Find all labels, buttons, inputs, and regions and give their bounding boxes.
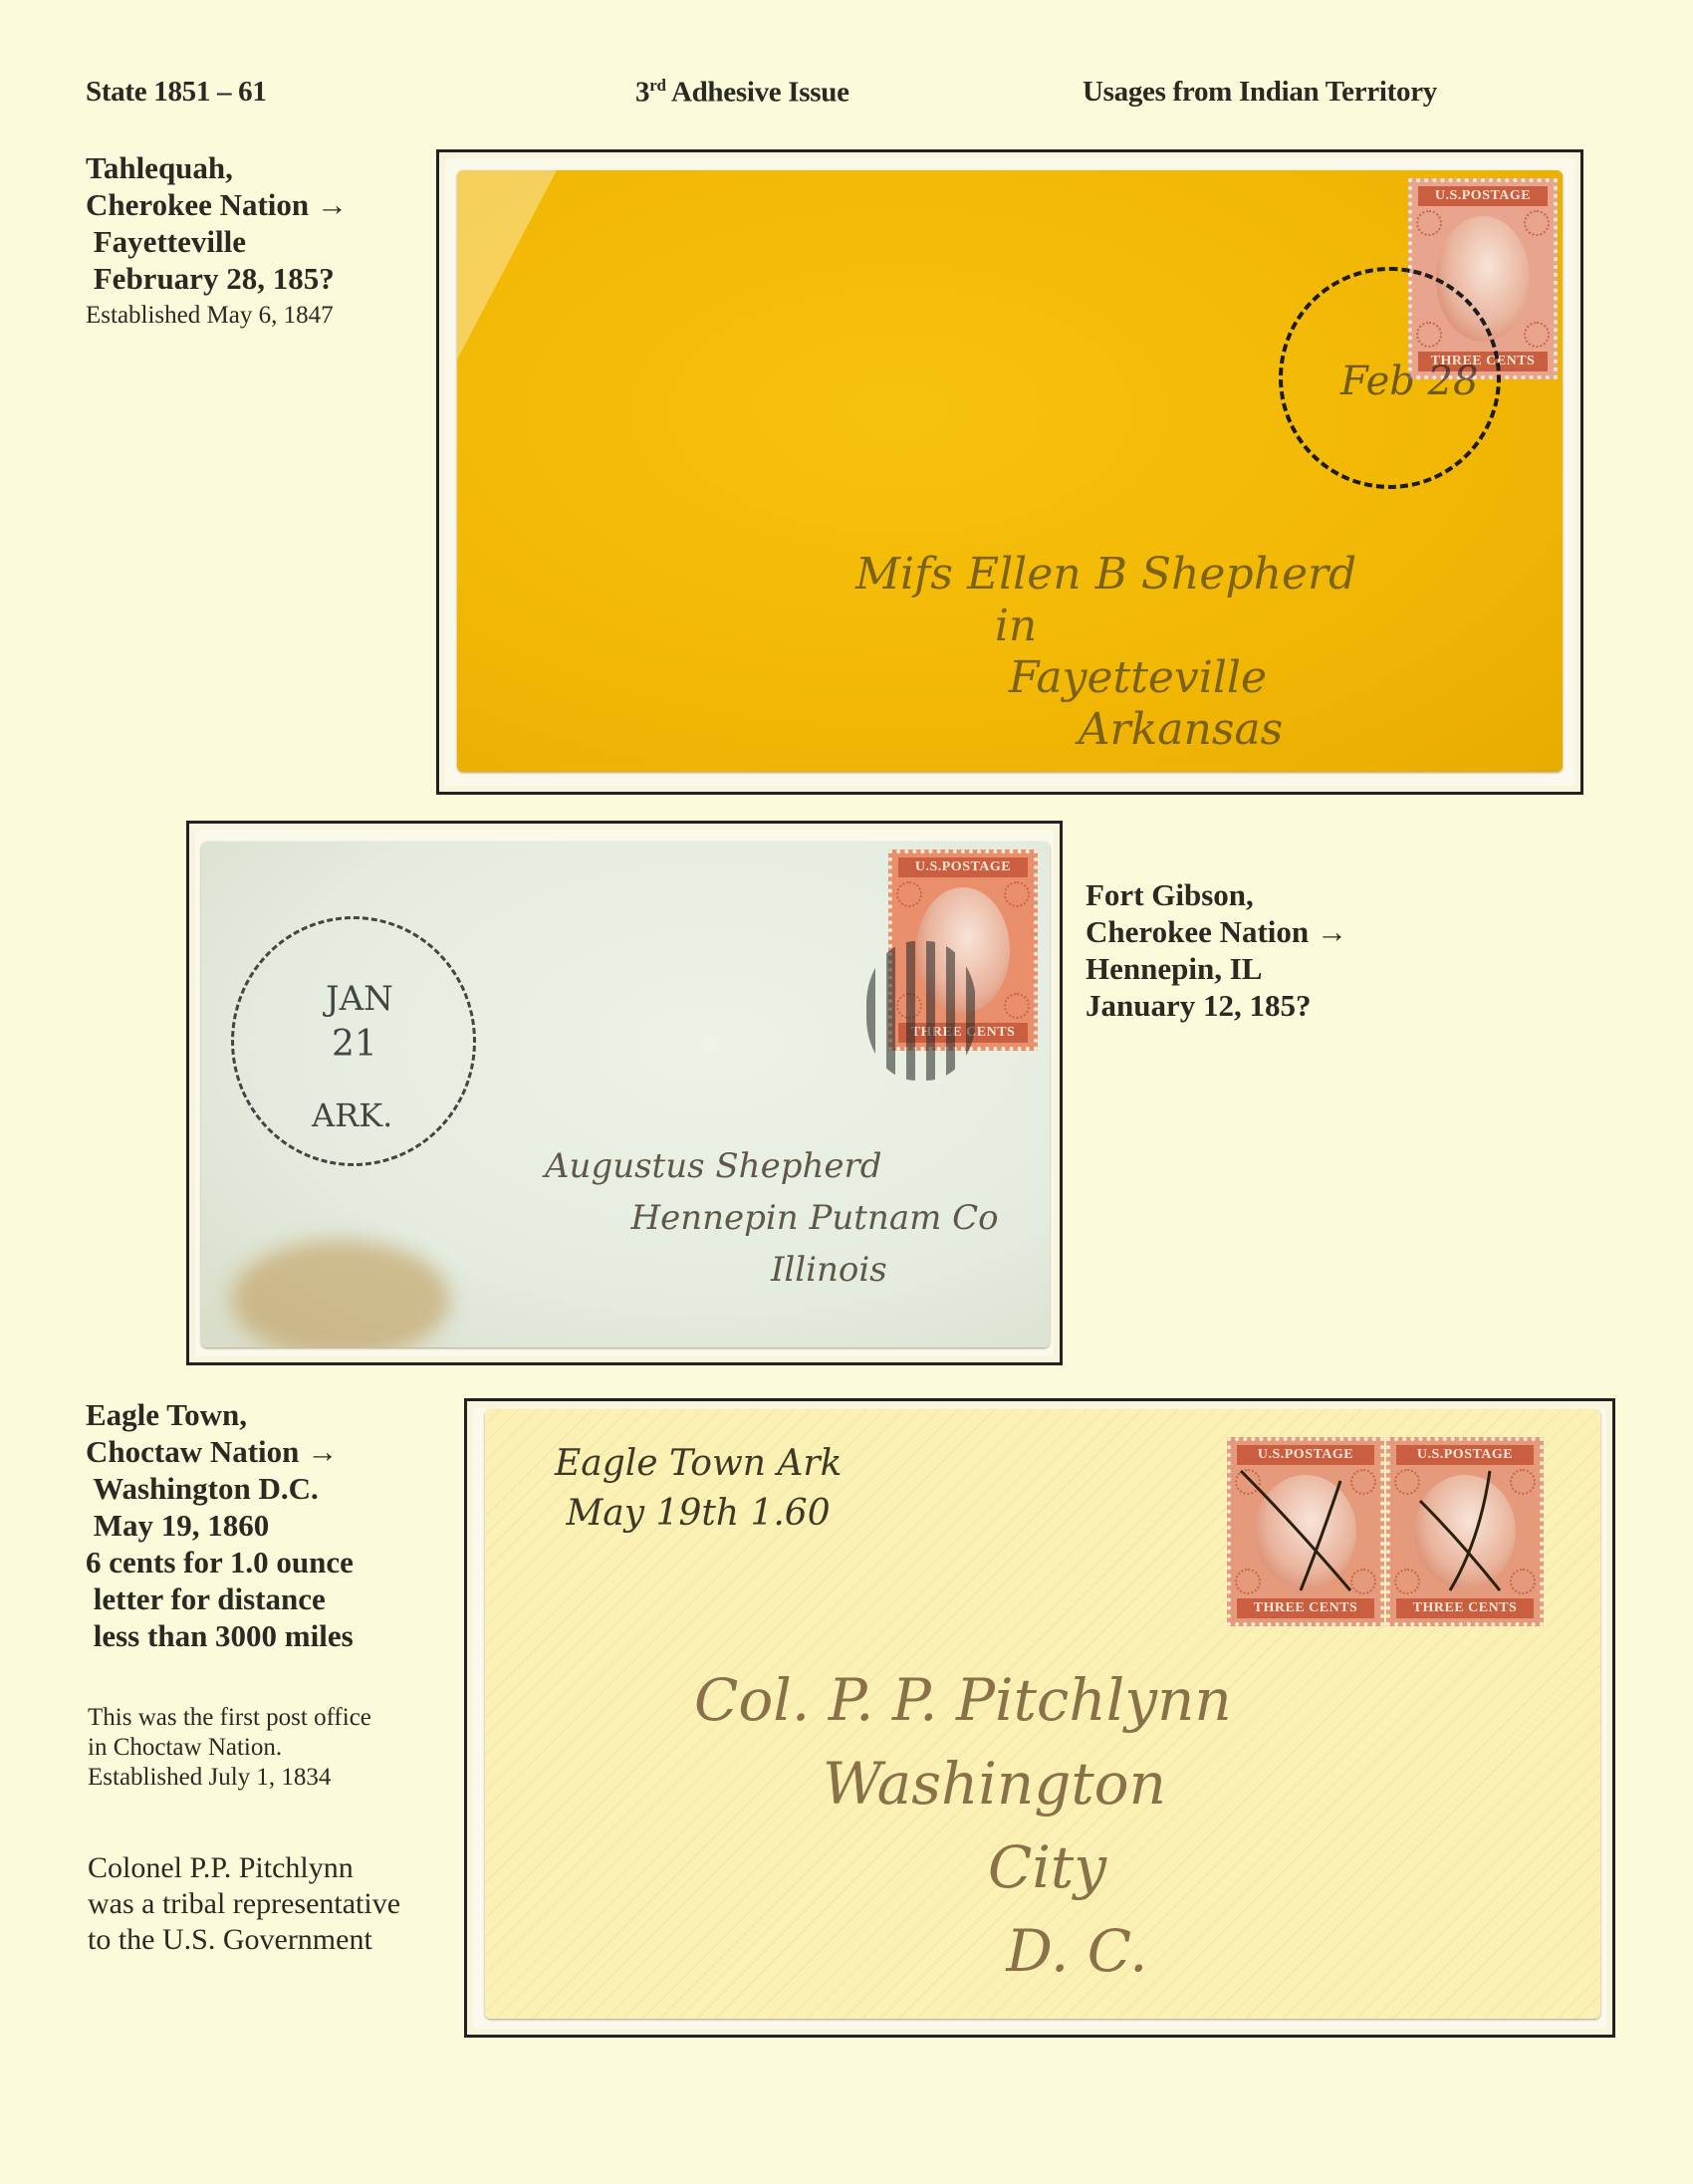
cover1-postmark: Feb 28 [1279, 267, 1501, 489]
cover2-caption: Fort Gibson, Cherokee Nation → Hennepin,… [1086, 876, 1347, 1024]
header-issue-label: Adhesive Issue [666, 77, 849, 109]
header-issue-title: 3rd Adhesive Issue [635, 76, 849, 110]
cover3-note2: Colonel P.P. Pitchlynn was a tribal repr… [88, 1850, 400, 1958]
cover1-frame: U.S.POSTAGE THREE CENTS Feb 28 Mifs Elle… [436, 149, 1583, 795]
cover2-address: Augustus Shepherd Hennepin Putnam Co Ill… [545, 1140, 999, 1296]
header-usage-topic: Usages from Indian Territory [1083, 76, 1437, 109]
rosette-icon [1524, 210, 1550, 236]
postmark-date: Feb 28 [1340, 359, 1478, 404]
cover3-note: This was the first post office in Chocta… [88, 1703, 371, 1793]
cover1-envelope: U.S.POSTAGE THREE CENTS Feb 28 Mifs Elle… [457, 170, 1563, 772]
rosette-icon [896, 881, 922, 907]
header-issue-ordinal: rd [649, 76, 665, 95]
pen-cancel-x-icon [1231, 1441, 1388, 1630]
pen-cancel-x-icon [1390, 1441, 1548, 1630]
cover1-note: Established May 6, 1847 [86, 301, 334, 331]
postmark-day: 21 [332, 1024, 377, 1065]
cover2-envelope: U.S.POSTAGE THREE CENTS JAN 21 ARK. Augu… [201, 842, 1050, 1347]
cover3-stamp-2: U.S.POSTAGE THREE CENTS [1386, 1437, 1544, 1626]
stamp-top-label: U.S.POSTAGE [1418, 186, 1548, 206]
header-issue-number: 3 [635, 77, 649, 109]
cover2-frame: U.S.POSTAGE THREE CENTS JAN 21 ARK. Augu… [186, 821, 1063, 1365]
cover1-corner-mount [457, 170, 557, 360]
cover3-caption: Eagle Town, Choctaw Nation → Washington … [86, 1396, 354, 1654]
cover2-stain [231, 1240, 450, 1347]
postmark-month: JAN [326, 979, 393, 1019]
cover3-stamp-1: U.S.POSTAGE THREE CENTS [1227, 1437, 1384, 1626]
cover1-address: Mifs Ellen B Shepherd in Fayetteville Ar… [855, 549, 1356, 756]
cover2-grid-cancel [866, 941, 976, 1081]
postmark-state: ARK. [312, 1096, 392, 1134]
cover2-postmark: JAN 21 ARK. [231, 916, 476, 1166]
rosette-icon [1004, 993, 1030, 1019]
rosette-icon [1416, 210, 1442, 236]
cover3-envelope: Eagle Town Ark May 19th 1.60 U.S.POSTAGE… [485, 1409, 1600, 2019]
cover3-address: Col. P. P. Pitchlynn Washington City D. … [694, 1658, 1232, 1993]
rosette-icon [1524, 322, 1550, 348]
cover3-manuscript-postmark: Eagle Town Ark May 19th 1.60 [555, 1439, 842, 1539]
rosette-icon [1004, 881, 1030, 907]
header-state-range: State 1851 – 61 [86, 76, 267, 109]
stamp-top-label: U.S.POSTAGE [898, 857, 1028, 877]
cover3-frame: Eagle Town Ark May 19th 1.60 U.S.POSTAGE… [464, 1398, 1615, 2038]
cover1-caption: Tahlequah, Cherokee Nation → Fayettevill… [86, 149, 348, 297]
